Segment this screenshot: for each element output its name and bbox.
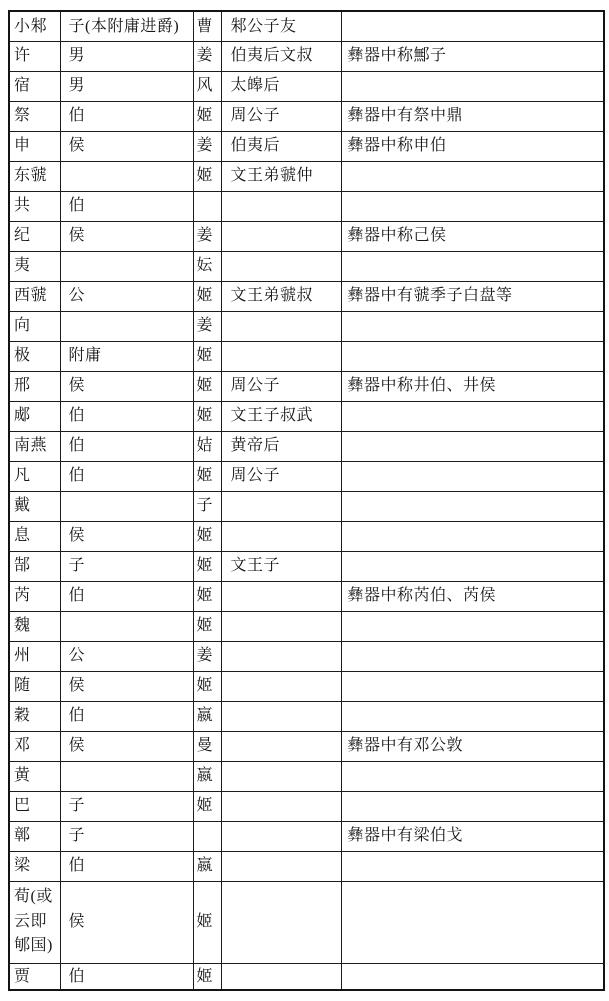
cell-state: 随 — [9, 671, 60, 701]
table-row: 凡伯姬周公子 — [9, 461, 604, 491]
cell-surname: 曹 — [193, 11, 221, 41]
table-row: 州公姜 — [9, 641, 604, 671]
cell-surname: 姬 — [193, 611, 221, 641]
scanned-document-page: 小邾子(本附庸进爵)曹邾公子友许男姜伯夷后文叔彝器中称鄦子宿男风太皞后祭伯姬周公… — [0, 0, 609, 1001]
cell-surname: 姬 — [193, 161, 221, 191]
cell-origin — [221, 851, 341, 881]
cell-rank: 公 — [60, 281, 193, 311]
cell-state: 极 — [9, 341, 60, 371]
cell-origin — [221, 731, 341, 761]
table-row: 魏姬 — [9, 611, 604, 641]
cell-state: 州 — [9, 641, 60, 671]
cell-origin: 邾公子友 — [221, 11, 341, 41]
cell-bronze: 彝器中有梁伯戈 — [341, 821, 604, 851]
cell-bronze — [341, 251, 604, 281]
cell-state: 巴 — [9, 791, 60, 821]
cell-rank: 伯 — [60, 431, 193, 461]
table-row: 宿男风太皞后 — [9, 71, 604, 101]
cell-origin: 文王弟虢叔 — [221, 281, 341, 311]
cell-state: 夷 — [9, 251, 60, 281]
cell-surname: 姬 — [193, 341, 221, 371]
cell-rank — [60, 611, 193, 641]
cell-origin — [221, 491, 341, 521]
table-row: 夷妘 — [9, 251, 604, 281]
cell-surname: 姜 — [193, 221, 221, 251]
cell-rank: 公 — [60, 641, 193, 671]
cell-origin: 太皞后 — [221, 71, 341, 101]
cell-bronze: 彝器中有虢季子白盘等 — [341, 281, 604, 311]
cell-state: 贾 — [9, 963, 60, 990]
cell-surname: 姬 — [193, 581, 221, 611]
cell-origin: 周公子 — [221, 461, 341, 491]
cell-state: 魏 — [9, 611, 60, 641]
cell-origin — [221, 581, 341, 611]
cell-origin — [221, 311, 341, 341]
cell-surname: 曼 — [193, 731, 221, 761]
cell-surname: 姜 — [193, 641, 221, 671]
cell-bronze — [341, 161, 604, 191]
cell-state: 邢 — [9, 371, 60, 401]
table-row: 申侯姜伯夷后彝器中称申伯 — [9, 131, 604, 161]
cell-origin — [221, 221, 341, 251]
cell-state: 郜 — [9, 551, 60, 581]
cell-rank: 男 — [60, 71, 193, 101]
table-row: 随侯姬 — [9, 671, 604, 701]
cell-rank: 伯 — [60, 401, 193, 431]
cell-surname: 姬 — [193, 401, 221, 431]
cell-bronze — [341, 963, 604, 990]
cell-bronze — [341, 701, 604, 731]
cell-state: 许 — [9, 41, 60, 71]
cell-surname: 姬 — [193, 881, 221, 963]
table-row: 梁伯嬴 — [9, 851, 604, 881]
cell-rank: 侯 — [60, 221, 193, 251]
cell-origin — [221, 821, 341, 851]
cell-rank — [60, 251, 193, 281]
cell-rank: 伯 — [60, 851, 193, 881]
table-row: 巴子姬 — [9, 791, 604, 821]
cell-rank: 侯 — [60, 731, 193, 761]
cell-bronze — [341, 761, 604, 791]
cell-bronze: 彝器中称己侯 — [341, 221, 604, 251]
cell-rank: 伯 — [60, 963, 193, 990]
table-row: 许男姜伯夷后文叔彝器中称鄦子 — [9, 41, 604, 71]
cell-rank: 侯 — [60, 881, 193, 963]
cell-origin: 黄帝后 — [221, 431, 341, 461]
table-row: 纪侯姜彝器中称己侯 — [9, 221, 604, 251]
cell-rank: 男 — [60, 41, 193, 71]
cell-bronze — [341, 641, 604, 671]
cell-surname: 子 — [193, 491, 221, 521]
cell-surname: 姬 — [193, 461, 221, 491]
table-row: 西虢公姬文王弟虢叔彝器中有虢季子白盘等 — [9, 281, 604, 311]
cell-surname: 嬴 — [193, 701, 221, 731]
table-row: 息侯姬 — [9, 521, 604, 551]
cell-surname: 嬴 — [193, 851, 221, 881]
table-row: 郕伯姬文王子叔武 — [9, 401, 604, 431]
cell-origin — [221, 521, 341, 551]
cell-surname: 姜 — [193, 41, 221, 71]
cell-origin — [221, 671, 341, 701]
cell-state: 息 — [9, 521, 60, 551]
cell-origin: 文王弟虢仲 — [221, 161, 341, 191]
cell-state: 梁 — [9, 851, 60, 881]
cell-surname: 嬴 — [193, 761, 221, 791]
cell-bronze — [341, 11, 604, 41]
cell-bronze — [341, 851, 604, 881]
cell-rank: 伯 — [60, 581, 193, 611]
cell-origin: 文王子 — [221, 551, 341, 581]
cell-surname — [193, 191, 221, 221]
cell-bronze: 彝器中称申伯 — [341, 131, 604, 161]
cell-bronze — [341, 461, 604, 491]
cell-surname: 姬 — [193, 281, 221, 311]
cell-bronze — [341, 191, 604, 221]
cell-state: 共 — [9, 191, 60, 221]
table-row: 郜子姬文王子 — [9, 551, 604, 581]
cell-origin: 伯夷后文叔 — [221, 41, 341, 71]
cell-origin — [221, 701, 341, 731]
cell-rank: 伯 — [60, 191, 193, 221]
table-row: 邢侯姬周公子彝器中称井伯、井侯 — [9, 371, 604, 401]
cell-state: 戴 — [9, 491, 60, 521]
cell-surname: 姬 — [193, 671, 221, 701]
table-row: 共伯 — [9, 191, 604, 221]
cell-state: 纪 — [9, 221, 60, 251]
cell-surname: 风 — [193, 71, 221, 101]
cell-surname: 姞 — [193, 431, 221, 461]
cell-rank: 伯 — [60, 101, 193, 131]
table-row: 贾伯姬 — [9, 963, 604, 990]
cell-surname: 姬 — [193, 521, 221, 551]
cell-state: 小邾 — [9, 11, 60, 41]
cell-state: 芮 — [9, 581, 60, 611]
cell-state: 东虢 — [9, 161, 60, 191]
cell-bronze: 彝器中有邓公敦 — [341, 731, 604, 761]
cell-rank: 子 — [60, 791, 193, 821]
cell-state: 宿 — [9, 71, 60, 101]
cell-rank: 伯 — [60, 701, 193, 731]
table-row: 祭伯姬周公子彝器中有祭中鼎 — [9, 101, 604, 131]
table-row: 穀伯嬴 — [9, 701, 604, 731]
cell-state: 邓 — [9, 731, 60, 761]
cell-bronze — [341, 491, 604, 521]
cell-origin — [221, 791, 341, 821]
cell-rank — [60, 161, 193, 191]
cell-surname: 姜 — [193, 131, 221, 161]
cell-state: 郕 — [9, 401, 60, 431]
cell-state: 黄 — [9, 761, 60, 791]
cell-surname: 姬 — [193, 371, 221, 401]
states-table: 小邾子(本附庸进爵)曹邾公子友许男姜伯夷后文叔彝器中称鄦子宿男风太皞后祭伯姬周公… — [8, 10, 605, 991]
cell-origin — [221, 251, 341, 281]
cell-rank: 侯 — [60, 371, 193, 401]
cell-rank — [60, 491, 193, 521]
cell-state: 穀 — [9, 701, 60, 731]
cell-rank: 侯 — [60, 131, 193, 161]
cell-state: 凡 — [9, 461, 60, 491]
table-row: 鄣子彝器中有梁伯戈 — [9, 821, 604, 851]
cell-origin: 文王子叔武 — [221, 401, 341, 431]
cell-origin: 伯夷后 — [221, 131, 341, 161]
cell-bronze — [341, 521, 604, 551]
cell-surname — [193, 821, 221, 851]
cell-surname: 姬 — [193, 963, 221, 990]
cell-state: 向 — [9, 311, 60, 341]
cell-rank: 侯 — [60, 521, 193, 551]
cell-bronze — [341, 401, 604, 431]
cell-bronze: 彝器中有祭中鼎 — [341, 101, 604, 131]
cell-state: 鄣 — [9, 821, 60, 851]
cell-bronze — [341, 71, 604, 101]
states-table-body: 小邾子(本附庸进爵)曹邾公子友许男姜伯夷后文叔彝器中称鄦子宿男风太皞后祭伯姬周公… — [9, 11, 604, 990]
table-row: 戴子 — [9, 491, 604, 521]
cell-rank: 子(本附庸进爵) — [60, 11, 193, 41]
cell-origin — [221, 881, 341, 963]
cell-origin: 周公子 — [221, 101, 341, 131]
cell-bronze — [341, 881, 604, 963]
cell-rank — [60, 761, 193, 791]
table-row: 极附庸姬 — [9, 341, 604, 371]
cell-rank: 伯 — [60, 461, 193, 491]
cell-state: 荀(或 云即 郇国) — [9, 881, 60, 963]
cell-bronze — [341, 551, 604, 581]
cell-origin — [221, 963, 341, 990]
cell-bronze: 彝器中称芮伯、芮侯 — [341, 581, 604, 611]
cell-bronze: 彝器中称井伯、井侯 — [341, 371, 604, 401]
table-row: 荀(或 云即 郇国)侯姬 — [9, 881, 604, 963]
cell-surname: 姬 — [193, 791, 221, 821]
table-row: 南燕伯姞黄帝后 — [9, 431, 604, 461]
table-row: 东虢姬文王弟虢仲 — [9, 161, 604, 191]
cell-bronze — [341, 611, 604, 641]
cell-surname: 姬 — [193, 551, 221, 581]
cell-bronze: 彝器中称鄦子 — [341, 41, 604, 71]
cell-bronze — [341, 341, 604, 371]
table-row: 向姜 — [9, 311, 604, 341]
cell-origin — [221, 191, 341, 221]
cell-origin — [221, 761, 341, 791]
table-row: 小邾子(本附庸进爵)曹邾公子友 — [9, 11, 604, 41]
cell-surname: 姬 — [193, 101, 221, 131]
cell-rank: 子 — [60, 551, 193, 581]
cell-state: 南燕 — [9, 431, 60, 461]
cell-origin — [221, 641, 341, 671]
cell-rank: 子 — [60, 821, 193, 851]
cell-surname: 妘 — [193, 251, 221, 281]
cell-bronze — [341, 671, 604, 701]
cell-surname: 姜 — [193, 311, 221, 341]
table-row: 芮伯姬彝器中称芮伯、芮侯 — [9, 581, 604, 611]
cell-bronze — [341, 311, 604, 341]
cell-rank: 侯 — [60, 671, 193, 701]
cell-rank — [60, 311, 193, 341]
cell-rank: 附庸 — [60, 341, 193, 371]
cell-state: 西虢 — [9, 281, 60, 311]
cell-origin — [221, 611, 341, 641]
cell-state: 祭 — [9, 101, 60, 131]
cell-origin — [221, 341, 341, 371]
table-row: 邓侯曼彝器中有邓公敦 — [9, 731, 604, 761]
cell-bronze — [341, 791, 604, 821]
cell-state: 申 — [9, 131, 60, 161]
cell-bronze — [341, 431, 604, 461]
cell-origin: 周公子 — [221, 371, 341, 401]
table-row: 黄嬴 — [9, 761, 604, 791]
